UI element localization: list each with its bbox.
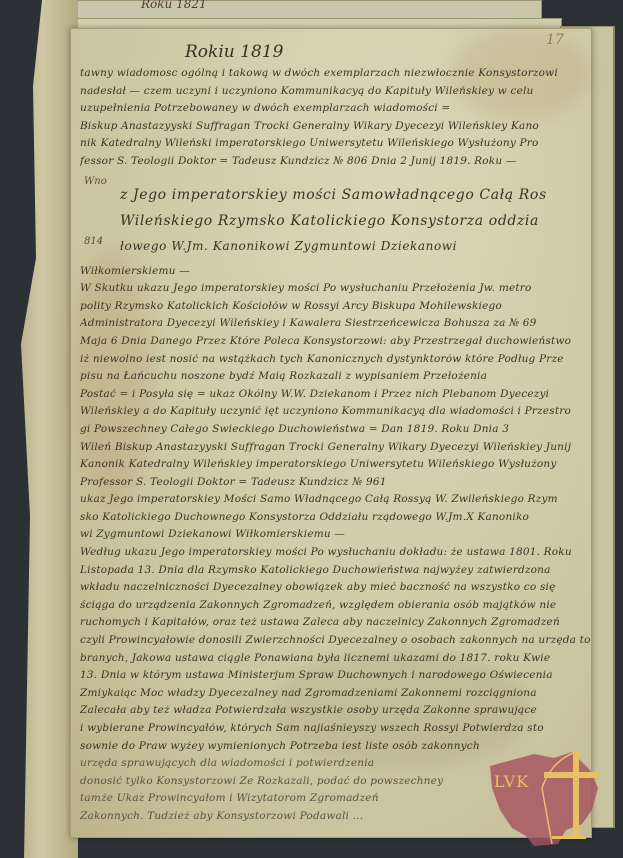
body-line: W Skutku ukazu Jego imperatorskiey mości… <box>80 283 590 301</box>
title-line: Wileńskiego Rzymsko Katolickiego Konsyst… <box>80 214 590 240</box>
body-line: Według ukazu Jego imperatorskiey mości P… <box>80 547 590 565</box>
body-line: branych, Jakowa ustawa ciągle Ponawiana … <box>80 653 590 671</box>
page-heading: Rokiu 1819 <box>185 42 283 62</box>
text-line: nik Katedralny Wileński imperatorskiego … <box>80 138 590 156</box>
text-line: tawny wiadomosc ogólną i takową w dwóch … <box>80 68 590 86</box>
text-line: nadesłał — czem uczyni i uczyniono Kommu… <box>80 86 590 104</box>
body-line: czyli Prowincyałowie donosili Zwierzchno… <box>80 635 590 653</box>
body-line: gi Powszechney Całego Swieckiego Duchowi… <box>80 424 590 442</box>
body-line: Zmiykaiąc Moc władzy Dyecezalney nad Zgr… <box>80 688 590 706</box>
text-line: uzupełnienia Potrzebowaney w dwóch exemp… <box>80 103 590 121</box>
body-line: sko Katolickiego Duchownego Konsystorza … <box>80 512 590 530</box>
torn-left-edge <box>18 0 78 858</box>
body-line: 13. Dnia w którym ustawa Ministerjum Spr… <box>80 670 590 688</box>
back-sheet-label: Roku 1821 <box>141 0 207 11</box>
page-number: 17 <box>546 32 564 48</box>
body-line: Maja 6 Dnia Danego Przez Które Poleca Ko… <box>80 336 590 354</box>
body-line: Zalecała aby też władza Potwierdzała wsz… <box>80 705 590 723</box>
body-line: Professor S. Teologii Doktor = Tadeusz K… <box>80 477 590 495</box>
body-line: Administratora Dyecezyi Wileńskiey i Kaw… <box>80 318 590 336</box>
text-line: Biskup Anastazyyski Suffragan Trocki Gen… <box>80 121 590 139</box>
title-line: łowego W.Jm. Kanonikowi Zygmuntowi Dziek… <box>80 240 590 266</box>
body-line: pisu na Łańcuchu noszone bydź Maią Rozka… <box>80 371 590 389</box>
body-line: Kanonik Katedralny Wileńskiey imperators… <box>80 459 590 477</box>
body-line: i wybierane Prowincyałów, których Sam na… <box>80 723 590 741</box>
body-line: iż niewolno iest nosić na wstążkach tych… <box>80 354 590 372</box>
body-line: wkładu naczelniczności Dyecezalney obowi… <box>80 582 590 600</box>
body-line: wi Zygmuntowi Dziekanowi Wiłkomierskiemu… <box>80 529 590 547</box>
text-line <box>80 174 590 188</box>
body-line: ściąga do urządzenia Zakonnych Zgromadze… <box>80 600 590 618</box>
body-line: polity Rzymsko Katolickich Kościołów w R… <box>80 301 590 319</box>
lvk-archive-watermark-icon <box>482 748 600 848</box>
manuscript-text: tawny wiadomosc ogólną i takową w dwóch … <box>80 68 590 829</box>
body-line: Listopada 13. Dnia dla Rzymsko Katolicki… <box>80 565 590 583</box>
body-line: ukaz Jego imperatorskiey Mości Samo Wład… <box>80 494 590 512</box>
body-line: Wileń Biskup Anastazyyski Suffragan Troc… <box>80 442 590 460</box>
body-line: ruchomych i Kapitałów, oraz też ustawa Z… <box>80 617 590 635</box>
body-line: Postać = i Posyła się = ukaz Okólny W.W.… <box>80 389 590 407</box>
text-line: fessor S. Teologii Doktor = Tadeusz Kund… <box>80 156 590 174</box>
title-line: Wiłkomierskiemu — <box>80 266 590 284</box>
stamp-label: LVK <box>494 772 529 791</box>
body-line: Wileńskiey a do Kapituły uczynić ięt ucz… <box>80 406 590 424</box>
title-line: z Jego imperatorskiey mości Samowładnące… <box>80 188 590 214</box>
